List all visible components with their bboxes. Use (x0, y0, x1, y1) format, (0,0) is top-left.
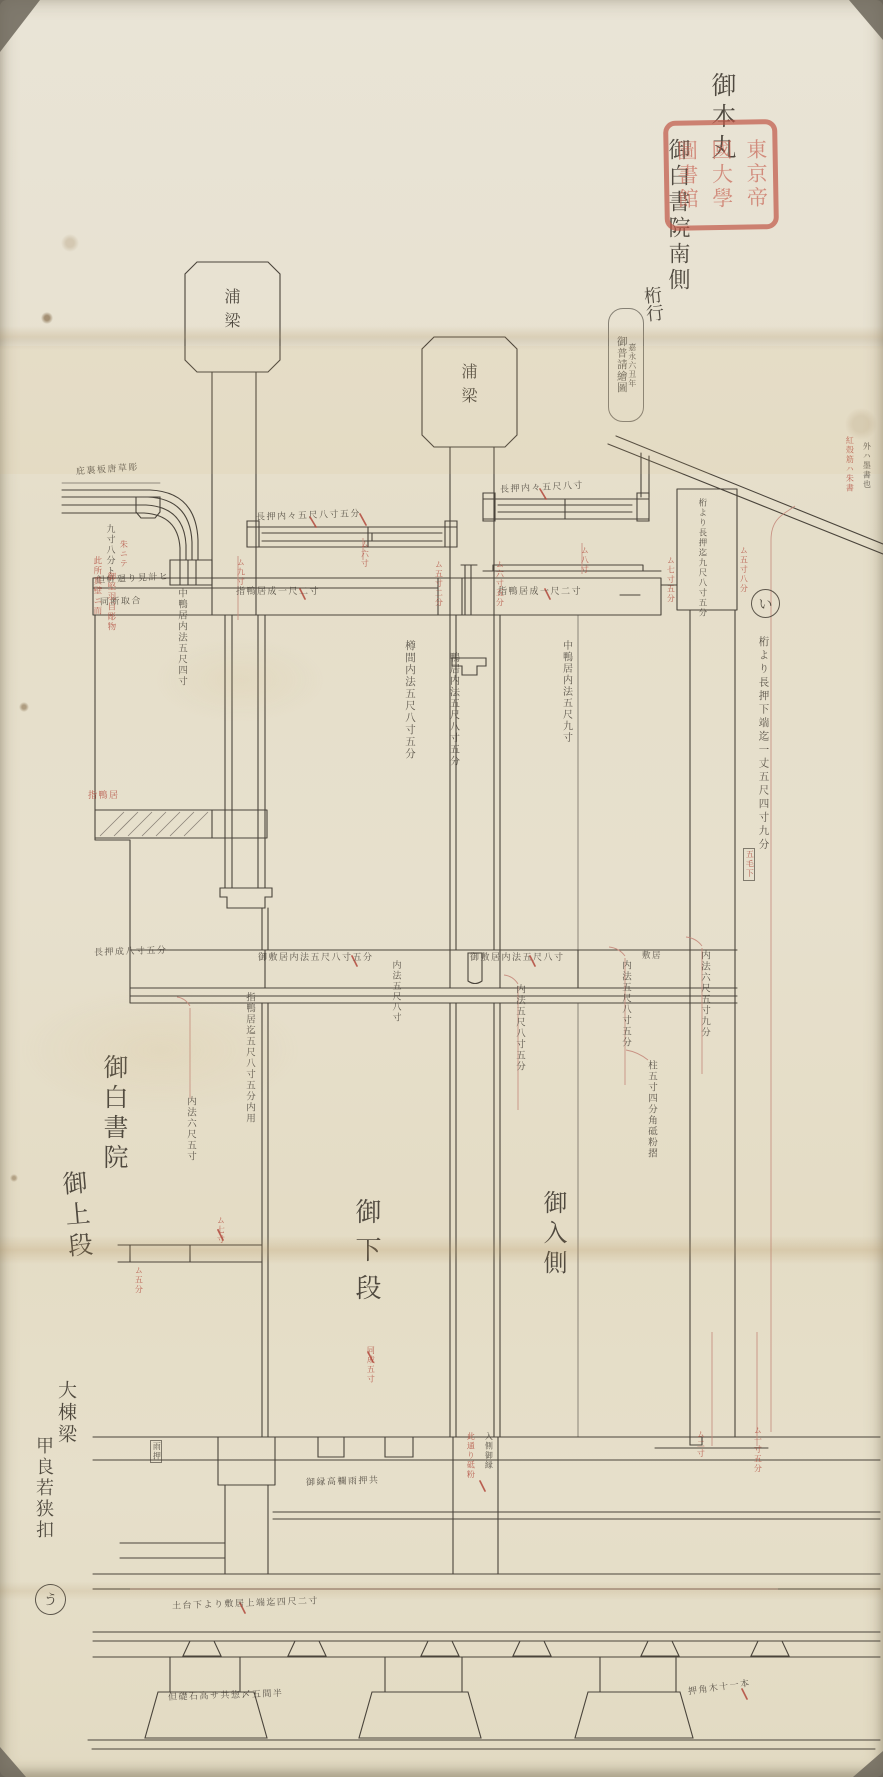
dimension-note: 中鴨居内法五尺九寸 (560, 640, 571, 744)
dimension-note: ム五分 (134, 1266, 142, 1295)
dimension-note: 敷居 (642, 952, 662, 961)
signature-title: 大棟梁 (56, 1380, 75, 1446)
dimension-note: 内法六尺五寸九分 (699, 950, 709, 1038)
dimension-note: 雨押 (150, 1440, 162, 1463)
room-label-gedan: 御下段 (353, 1198, 379, 1312)
seal-column: 東京帝 (745, 138, 767, 210)
cartouche-title-label: 御普請繪圖 (616, 336, 627, 394)
dimension-note: 九寸八分ト (104, 524, 113, 577)
dimension-note: 御堅羽目彫物 (106, 572, 115, 632)
dimension-note: 此所真壁ニ而 (92, 556, 101, 616)
dimension-note: ム五寸二分 (434, 560, 442, 608)
room-label-shoin: 御白書院 (102, 1054, 127, 1174)
drawing-subtitle: 桁行 (641, 285, 663, 323)
seal-column: 圖書館 (675, 139, 697, 211)
ink-lines (62, 262, 883, 1749)
dimension-note: 此通り砥粉 (466, 1432, 474, 1480)
dimension-note: 指鴨居 (88, 792, 120, 801)
dimension-note: 内法五尺八寸五分 (514, 984, 524, 1072)
dimension-note: 樽間内法五尺八寸五分 (404, 640, 415, 760)
dimension-note: 紅殻筋ハ朱書 (845, 436, 853, 493)
seal-column: 國大學 (710, 139, 732, 211)
dimension-note: 朱ニテ (119, 540, 127, 569)
dimension-note: 御敷居内法五尺八寸五分 (258, 954, 374, 963)
room-label-irikawa: 御入側 (541, 1190, 565, 1280)
red-check-marks (218, 489, 747, 1699)
cartouche-era-label: 嘉永六丑年 (628, 343, 636, 388)
paper-sheet: 御本丸 御白書院南側 桁行 東京帝 國大學 圖書館 嘉永六丑年 御普請繪圖 浦梁… (0, 0, 883, 1777)
signature-name: 甲良若狭扣 (34, 1436, 52, 1541)
beam-label-right: 浦梁 (460, 363, 476, 411)
library-seal-stamp: 東京帝 國大學 圖書館 (663, 119, 779, 231)
dimension-note: 外ハ墨書也 (862, 442, 870, 490)
scanned-drawing-stage: 御本丸 御白書院南側 桁行 東京帝 國大學 圖書館 嘉永六丑年 御普請繪圖 浦梁… (0, 0, 883, 1777)
dimension-note: 指鴨居迄五尺八寸五分内用 (244, 992, 254, 1124)
marker-i-circle: い (751, 589, 780, 618)
dimension-note: ム八寸 (580, 546, 588, 575)
dimension-note: ム七寸五分 (666, 556, 674, 604)
dimension-note: ム六寸五分 (495, 560, 503, 608)
dimension-note: 内法五尺八寸五分 (620, 960, 630, 1048)
beam-label-left: 浦梁 (223, 288, 239, 336)
dimension-note: ム七寸 (216, 1216, 224, 1245)
dimension-note: 内法五尺八寸 (390, 960, 399, 1023)
hatch-lines (100, 812, 208, 836)
dimension-note: 入側御縁 (484, 1432, 492, 1470)
dimension-note: 鴨居内法五尺八寸五分 (447, 652, 458, 767)
dimension-note: 同成五寸 (366, 1346, 374, 1384)
dimension-note: 桁より長押迄九尺八寸五分 (697, 498, 706, 618)
dimension-note: ム五寸八分 (739, 546, 747, 594)
dimension-note: 中鴨居内法五尺四寸 (176, 588, 186, 687)
dimension-note: 五毛下 (743, 848, 755, 881)
dimension-note: ム一寸五分 (753, 1426, 761, 1474)
dimension-note: 御敷居内法五尺八寸 (470, 954, 565, 963)
dimension-note: 内法六尺五寸 (185, 1096, 195, 1162)
dimension-note: ム九寸 (236, 558, 244, 587)
section-drawing (0, 0, 883, 1777)
dimension-note: ム六寸 (360, 540, 368, 569)
room-label-jodan: 御上段 (60, 1169, 93, 1264)
marker-note: 桁より長押下端迄一丈五尺四寸九分 (758, 636, 769, 852)
survey-cartouche-stamp: 嘉永六丑年 御普請繪圖 (608, 308, 644, 422)
dimension-note: 指鴨居成一尺二寸 (498, 588, 582, 597)
dimension-note: ム二寸 (696, 1430, 704, 1459)
dimension-note: 指鴨居成一尺二寸 (236, 588, 320, 597)
dimension-note: 柱五寸四分角砥粉摺 (646, 1060, 656, 1159)
